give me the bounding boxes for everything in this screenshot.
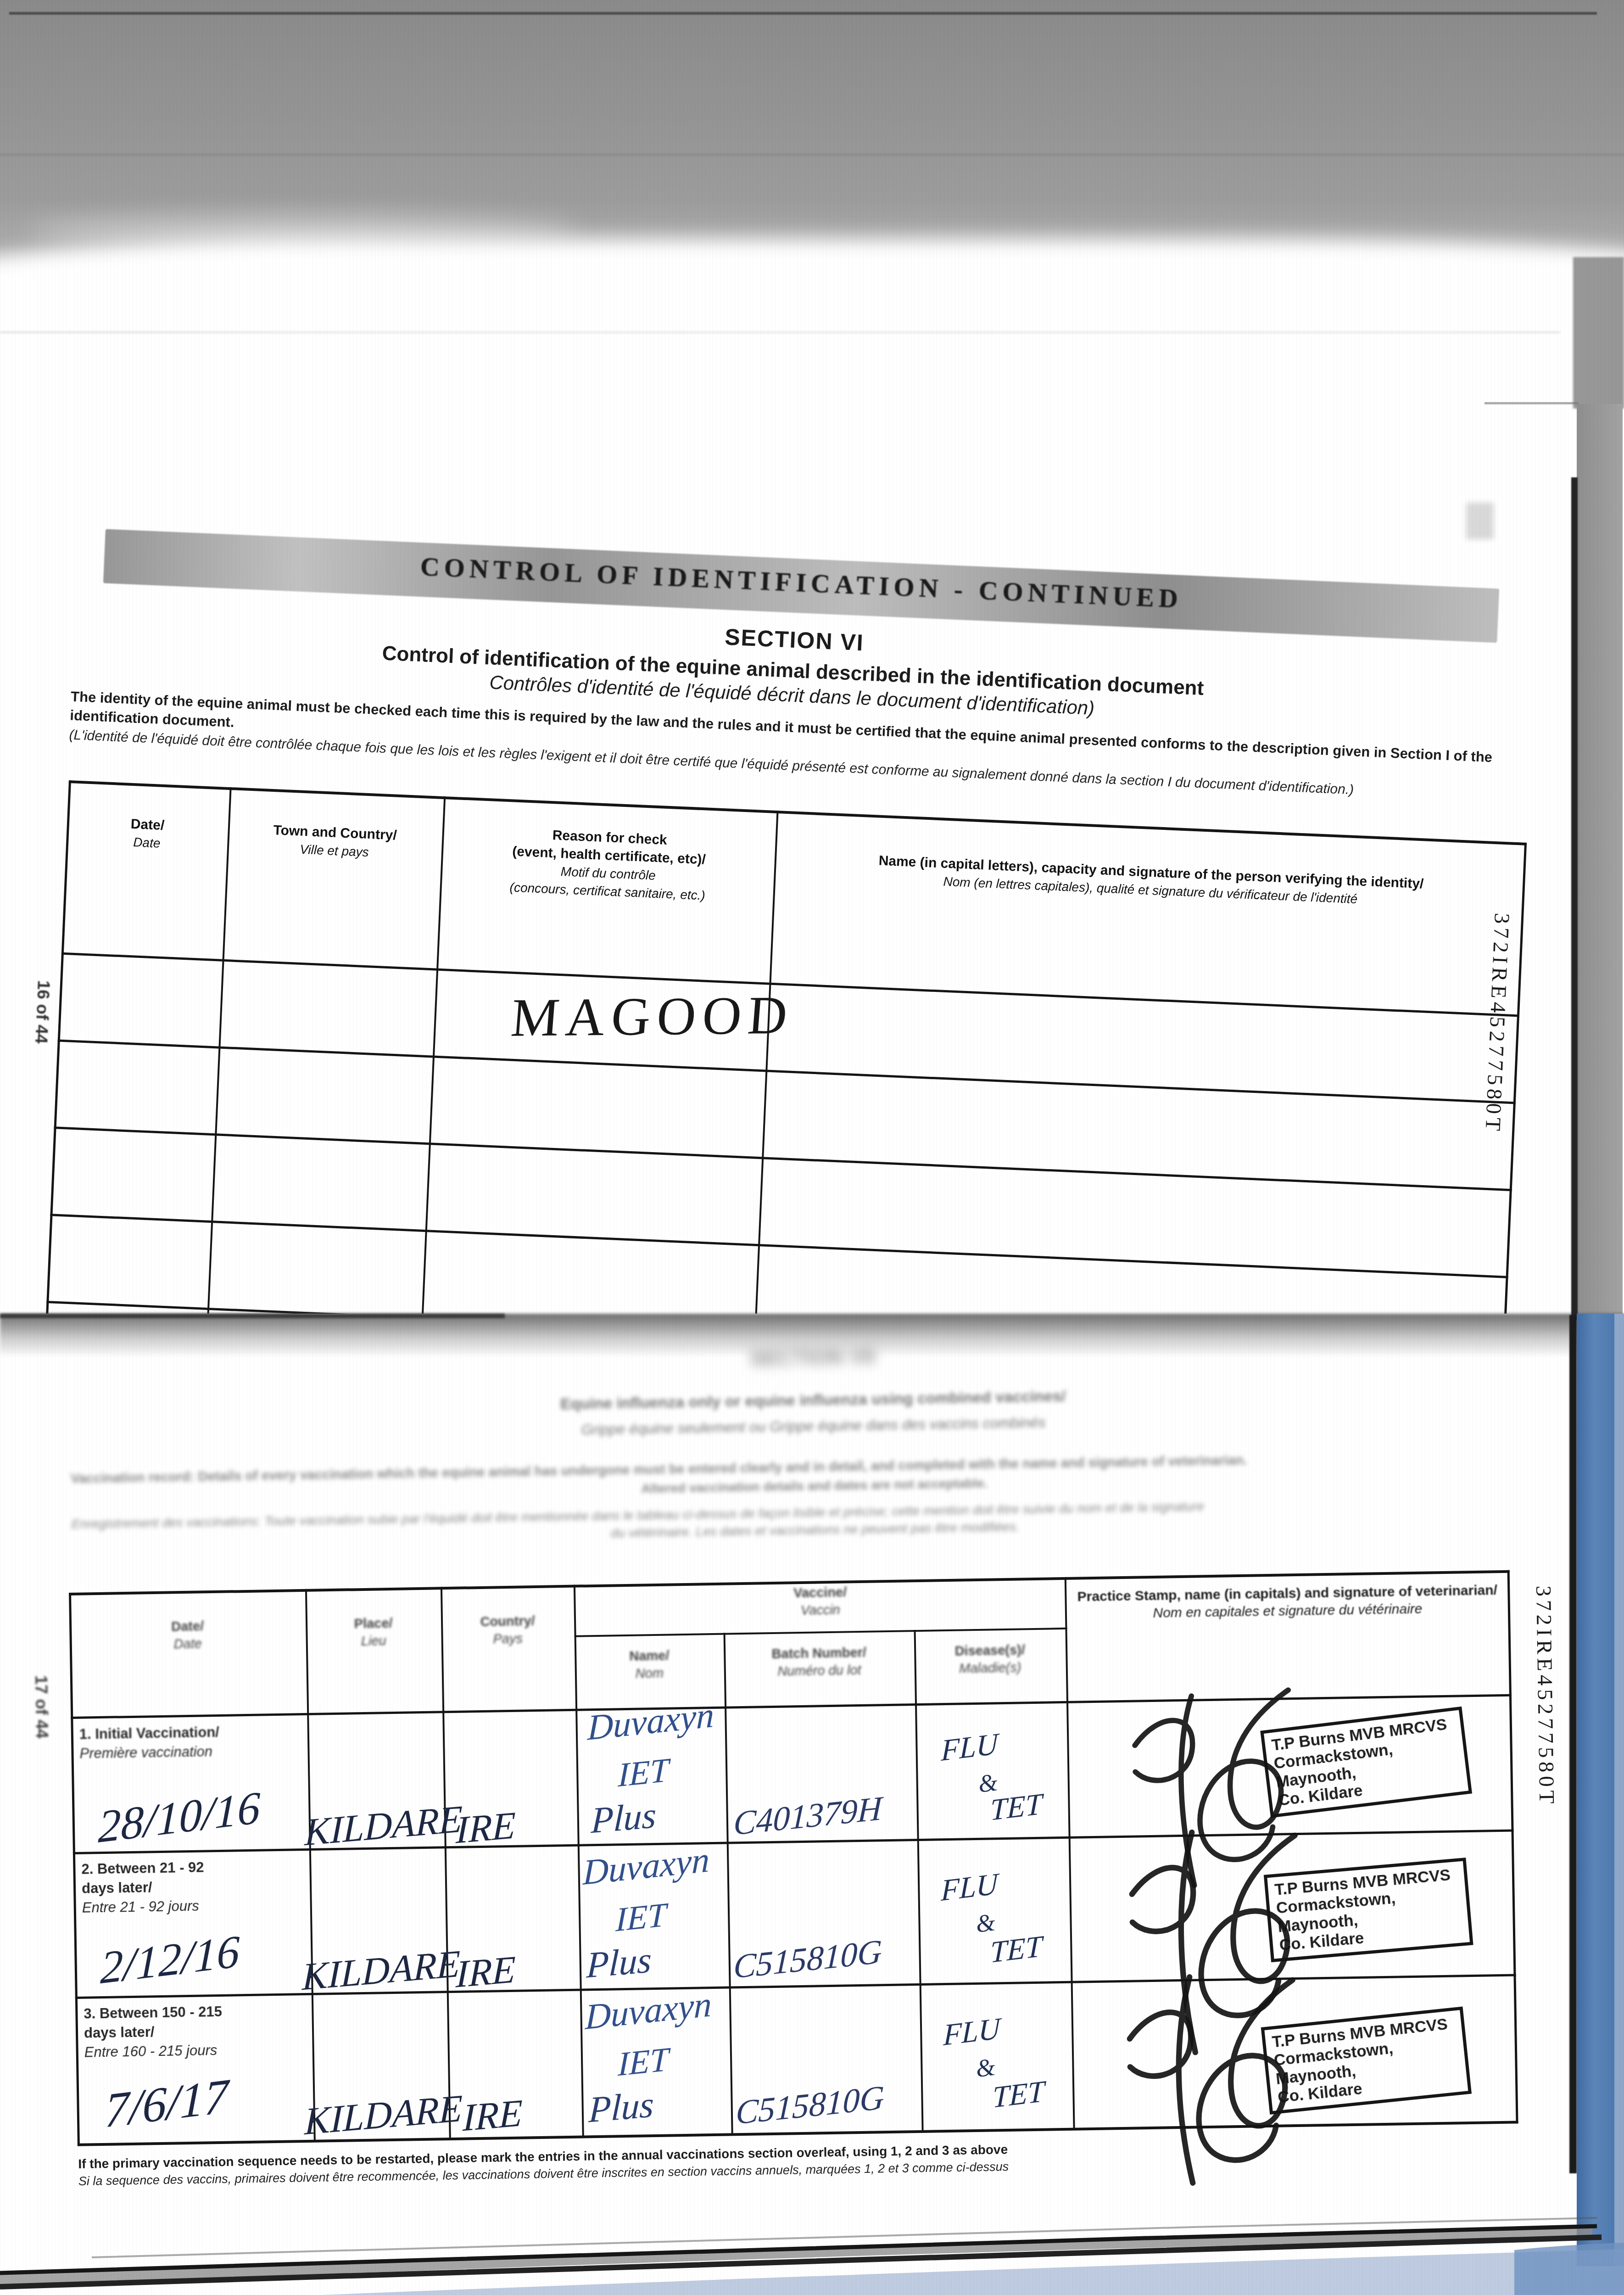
col-header-vaccine-name: Name/ Nom [575, 1647, 724, 1684]
scanned-equine-passport: CONTROL OF IDENTIFICATION - CONTINUED SE… [0, 0, 1624, 2295]
col-header-reason-fr1: Motif du contrôle [560, 864, 656, 883]
page-edge-blue-light [1614, 1314, 1624, 2266]
row2-label: 2. Between 21 - 92 days later/ Entre 21 … [81, 1858, 205, 1917]
row3-vaccine-line1: Duvaxyn [585, 1983, 712, 2038]
row1-vaccine-line1: Duvaxyn [587, 1694, 714, 1749]
page-number: 16 of 44 [29, 980, 53, 1100]
page-stack-edge-line [1484, 402, 1579, 404]
col-header-reason: Reason for check (event, health certific… [441, 822, 776, 907]
scan-top-edge-line [9, 12, 1597, 15]
row3-label: 3. Between 150 - 215 days later/ Entre 1… [84, 2002, 223, 2062]
passport-code-vertical: 372IRE45277580T [1531, 1585, 1560, 1843]
row3-disease-line2: & [974, 2052, 997, 2083]
col-header-town-en: Town and Country/ [273, 823, 397, 843]
col-date-fr: Date [173, 1636, 202, 1651]
row2-disease-line1: FLU [941, 1866, 998, 1909]
col-vaccine-en: Vaccine/ [793, 1585, 847, 1601]
col-country-fr: Pays [493, 1631, 523, 1646]
table-row-line [58, 1039, 1516, 1104]
col-name-fr: Nom [636, 1666, 664, 1681]
col-disease-en: Disease(s)/ [954, 1643, 1025, 1658]
vaccination-table: Date/ Date Place/ Lieu Country/ Pays Vac… [69, 1570, 1518, 2146]
col-header-disease: Disease(s)/ Maladie(s) [914, 1641, 1066, 1679]
col-header-country: Country/ Pays [441, 1612, 575, 1649]
row1-label: 1. Initial Vaccination/ Première vaccina… [79, 1723, 220, 1763]
col-place-en: Place/ [354, 1616, 392, 1631]
row3-vaccine-line3: Plus [588, 2084, 654, 2132]
page-edge-dark-line [1569, 1315, 1577, 2173]
col-place-fr: Lieu [361, 1634, 386, 1649]
col-stamp-fr: Nom en capitales et signature du vétérin… [1153, 1601, 1422, 1620]
handwritten-entry: MAGOOD [509, 984, 796, 1049]
page1-header-block: CONTROL OF IDENTIFICATION - CONTINUED SE… [69, 528, 1518, 806]
col-header-date: Date/ Date [69, 1617, 306, 1655]
row1-country-handwritten: IRE [455, 1803, 516, 1853]
col-country-en: Country/ [480, 1614, 535, 1629]
row1-date-handwritten: 28/10/16 [98, 1780, 261, 1853]
scan-band-wavy-edge [0, 239, 1624, 326]
row3-country-handwritten: IRE [462, 2091, 523, 2141]
row3-date-handwritten: 7/6/17 [104, 2068, 229, 2139]
row3-disease-line3: TET [992, 2074, 1044, 2115]
table-divider [441, 1587, 451, 2140]
page2-top-edge-line [0, 1314, 505, 1318]
row1-vaccine-line2: IET [618, 1751, 669, 1795]
table-divider [204, 787, 232, 1395]
row2-country-handwritten: IRE [455, 1947, 516, 1997]
col-disease-fr: Maladie(s) [959, 1660, 1021, 1676]
vaccine-subheader-line [575, 1628, 1067, 1637]
col-header-name: Name (in capital letters), capacity and … [799, 848, 1502, 914]
scan-streak [0, 331, 1560, 333]
row2-label-en: 2. Between 21 - 92 [81, 1859, 204, 1877]
page-edge-gray-top [1573, 257, 1624, 409]
scan-streak [0, 154, 1624, 156]
col-batch-en: Batch Number/ [771, 1646, 866, 1662]
row1-label-en: 1. Initial Vaccination/ [79, 1724, 219, 1742]
page-edge-gray-column [1577, 404, 1623, 1320]
row3-place-handwritten: KILDARE [304, 2086, 463, 2144]
row2-label-fr: Entre 21 - 92 jours [82, 1898, 200, 1915]
row3-label-fr: Entre 160 - 215 jours [84, 2042, 217, 2060]
col-name-en: Name/ [629, 1648, 670, 1663]
row2-disease-line3: TET [990, 1929, 1042, 1970]
col-date-en: Date/ [171, 1619, 204, 1634]
page-number: 17 of 44 [31, 1675, 52, 1795]
table-divider [305, 1589, 316, 2142]
col-header-place: Place/ Lieu [306, 1614, 441, 1651]
col-header-stamp: Practice Stamp, name (in capitals) and s… [1074, 1582, 1501, 1623]
table-row-line [50, 1214, 1508, 1278]
row2-vaccine-line2: IET [615, 1895, 667, 1940]
col-header-town: Town and Country/ Ville et pays [227, 819, 442, 864]
row2-vaccine-line1: Duvaxyn [582, 1839, 709, 1893]
row2-batch-handwritten: C515810G [733, 1932, 882, 1987]
col-stamp-en: Practice Stamp, name (in capitals) and s… [1077, 1583, 1498, 1604]
row3-label-en2: days later/ [84, 2024, 155, 2041]
table-row-line [54, 1126, 1512, 1191]
col-batch-fr: Numéro du lot [777, 1663, 861, 1679]
col-header-town-fr: Ville et pays [300, 842, 369, 859]
row1-disease-line3: TET [990, 1786, 1042, 1828]
row2-label-en2: days later/ [82, 1879, 152, 1896]
row2-disease-line2: & [974, 1908, 997, 1938]
page2-blurred-header: SECTION VII Equine influenza only or equ… [69, 1333, 1558, 1549]
row1-vaccine-line3: Plus [590, 1795, 657, 1842]
page-edge-dark-line [1571, 477, 1578, 1320]
row2-date-handwritten: 2/12/16 [100, 1925, 240, 1995]
col-header-reason-en2: (event, health certificate, etc)/ [512, 844, 706, 867]
col-header-date-fr: Date [133, 835, 161, 851]
row1-label-fr: Première vaccination [79, 1743, 212, 1762]
col-vaccine-fr: Vaccin [801, 1602, 840, 1618]
col-header-date: Date/ Date [66, 812, 229, 855]
row3-disease-line1: FLU [943, 2011, 1000, 2053]
row3-batch-handwritten: C515810G [735, 2078, 885, 2133]
bottom-page-stack-edges [0, 2203, 1624, 2295]
row2-vaccine-line3: Plus [586, 1939, 652, 1987]
col-header-reason-fr2: (concours, certificat sanitaire, etc.) [509, 880, 705, 902]
scan-artifact-patch [1466, 503, 1494, 539]
col-header-date-en: Date/ [130, 817, 165, 833]
col-header-vaccine: Vaccine/ Vaccin [574, 1581, 1067, 1623]
row1-batch-handwritten: C401379H [733, 1789, 882, 1844]
row1-disease-line1: FLU [941, 1726, 998, 1769]
page-edge-blue-strip [1577, 1314, 1615, 2266]
row3-label-en: 3. Between 150 - 215 [84, 2004, 222, 2022]
row3-vaccine-line2: IET [618, 2040, 669, 2084]
col-header-batch: Batch Number/ Numéro du lot [724, 1644, 915, 1681]
col-header-reason-en1: Reason for check [552, 828, 667, 848]
